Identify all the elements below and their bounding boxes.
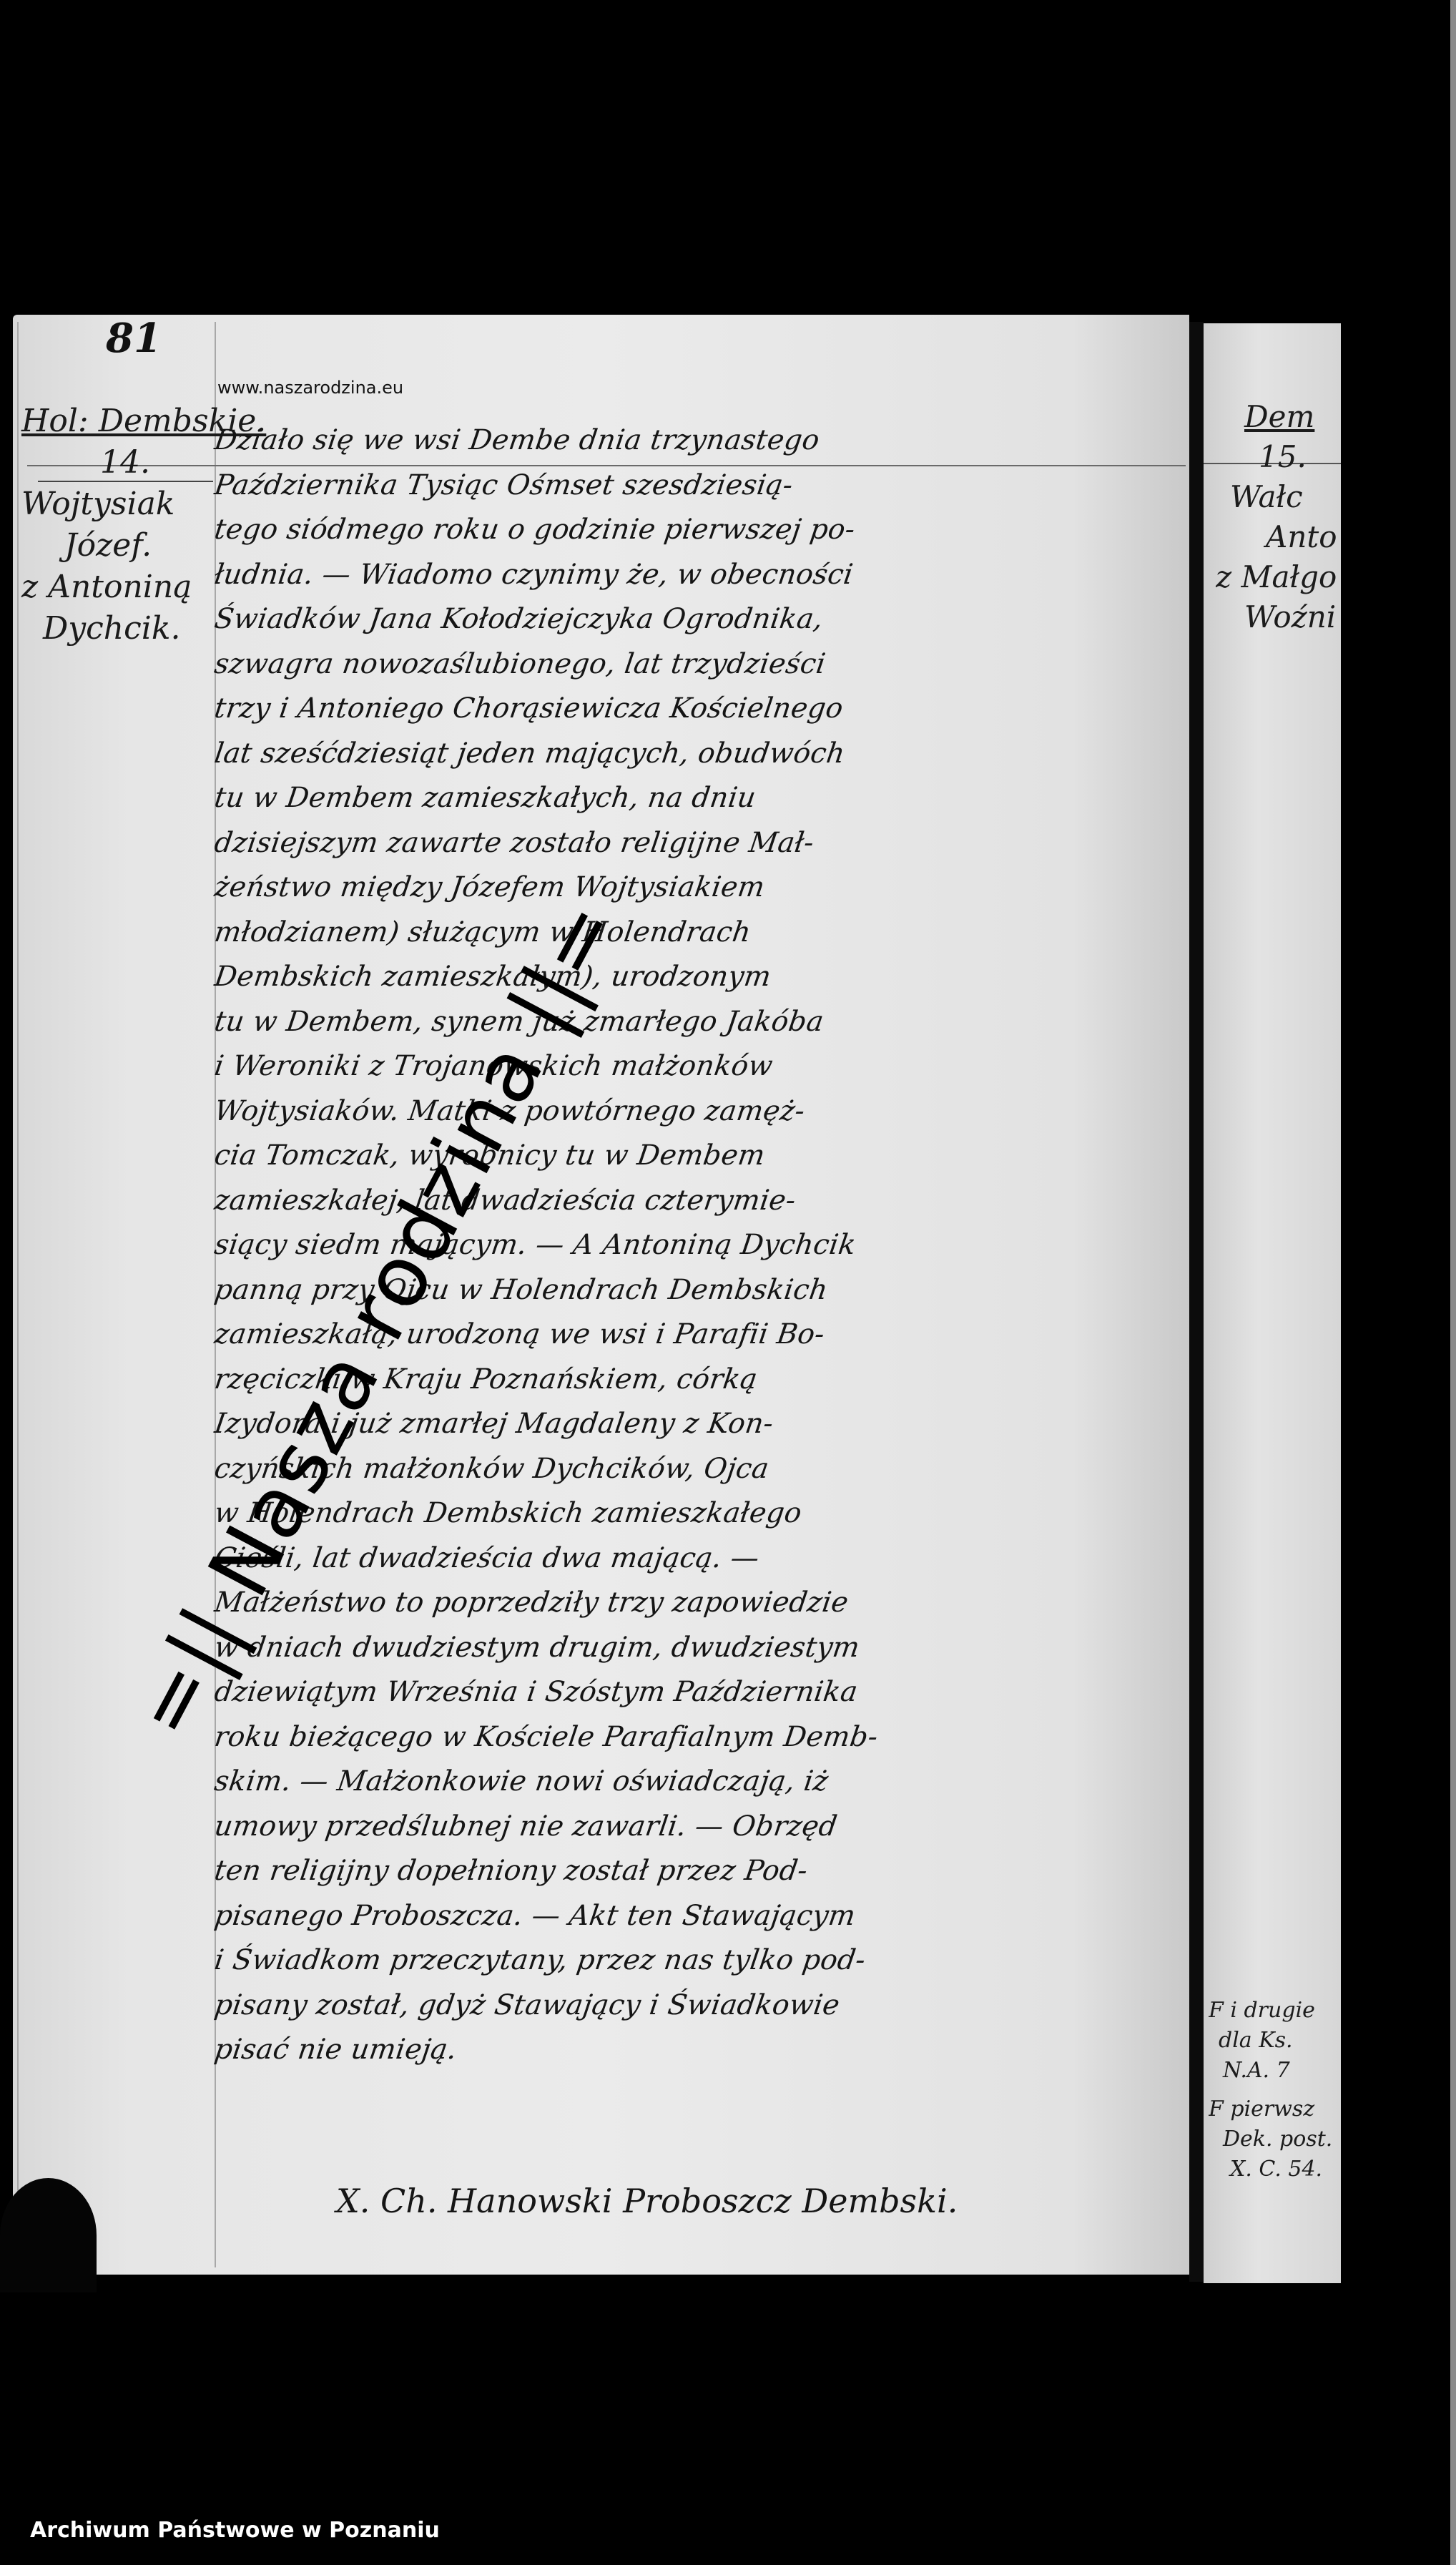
text-line: żeństwo między Józefem Wojtysiakiem <box>212 865 1198 911</box>
page-corner-shadow <box>0 2178 97 2292</box>
text-line: Wojtysiaków. Matki z powtórnego zamęż- <box>212 1089 1198 1134</box>
text-line: pisany został, gdyż Stawający i Świadkow… <box>212 1983 1198 2029</box>
annotation-line: Dek. post. <box>1209 2124 1341 2154</box>
text-line: pisanego Proboszcza. — Akt ten Stawający… <box>212 1894 1198 1939</box>
text-line: lat sześćdziesiąt jeden mających, obudwó… <box>212 732 1198 777</box>
site-url-stamp: www.naszarodzina.eu <box>217 378 403 398</box>
text-line: łudnia. — Wiadomo czynimy że, w obecnośc… <box>212 553 1198 598</box>
margin-line: z Antoniną <box>21 567 236 608</box>
annotation-line: N.A. 7 <box>1209 2056 1341 2086</box>
adjacent-annotations: F i drugie dla Ks. N.A. 7 F pierwsz Dek.… <box>1209 1996 1341 2184</box>
margin-line: Wojtysiak <box>21 484 236 525</box>
text-line: zamieszkałej, lat dwadzieścia czterymie- <box>212 1179 1198 1224</box>
adjacent-entry-number: 15. <box>1216 437 1344 477</box>
text-line: pisać nie umieją. <box>212 2028 1198 2073</box>
text-line: Dembskich zamieszkałym), urodzonym <box>212 955 1198 1000</box>
text-line: dzisiejszym zawarte zostało religijne Ma… <box>212 821 1198 866</box>
text-line: w dniach dwudziestym drugim, dwudziestym <box>212 1626 1198 1671</box>
text-line: cia Tomczak, wyrobnicy tu w Dembem <box>212 1134 1198 1179</box>
text-line: młodzianem) służącym w Holendrach <box>212 911 1198 956</box>
margin-entry-heading: Hol: Dembskie. 14. Wojtysiak Józef. z An… <box>21 401 236 649</box>
text-line: umowy przedślubnej nie zawarli. — Obrzęd <box>212 1805 1198 1850</box>
text-line: i Weroniki z Trojanowskich małżonków <box>212 1044 1198 1089</box>
margin-line: Józef. <box>21 525 236 567</box>
text-line: trzy i Antoniego Chorąsiewicza Kościelne… <box>212 687 1198 732</box>
adjacent-entry-heading: Dem 15. Wałc Anto z Małgo Woźni <box>1216 397 1344 637</box>
text-line: Świadków Jana Kołodziejczyka Ogrodnika, <box>212 597 1198 642</box>
archive-label: Archiwum Państwowe w Poznaniu <box>30 2518 440 2543</box>
adjacent-line: Wałc <box>1216 477 1344 517</box>
text-line: roku bieżącego w Kościele Parafialnym De… <box>212 1715 1198 1760</box>
scan-edge-strip <box>1450 0 1456 2565</box>
text-line: Małżeństwo to poprzedziły trzy zapowiedz… <box>212 1581 1198 1626</box>
text-line: tu w Dembem zamieszkałych, na dniu <box>212 776 1198 821</box>
margin-village: Hol: Dembskie. <box>21 401 236 442</box>
adjacent-line: z Małgo <box>1216 557 1344 597</box>
adjacent-line: Woźni <box>1216 597 1344 637</box>
text-line: ten religijny dopełniony został przez Po… <box>212 1849 1198 1894</box>
folio-number: 81 <box>106 315 162 362</box>
annotation-line: dla Ks. <box>1209 2026 1341 2056</box>
text-line: i Świadkom przeczytany, przez nas tylko … <box>212 1938 1198 1983</box>
page-ruling-left <box>17 322 19 2267</box>
adjacent-line: Anto <box>1216 517 1344 557</box>
annotation-line: F pierwsz <box>1209 2094 1341 2124</box>
text-line: Cieśli, lat dwadzieścia dwa mającą. — <box>212 1536 1198 1581</box>
text-line: szwagra nowozaślubionego, lat trzydzieśc… <box>212 642 1198 687</box>
text-line: tu w Dembem, synem już zmarłego Jakóba <box>212 1000 1198 1045</box>
margin-entry-number: 14. <box>21 442 236 484</box>
annotation-line: F i drugie <box>1209 1996 1341 2026</box>
adjacent-village: Dem <box>1216 397 1344 437</box>
annotation-line: X. C. 54. <box>1209 2154 1341 2184</box>
text-line: Października Tysiąc Ośmset szesdziesią- <box>212 464 1198 509</box>
priest-signature: X. Ch. Hanowski Proboszcz Dembski. <box>336 2182 958 2220</box>
margin-line: Dychcik. <box>21 608 236 649</box>
text-line: w Holendrach Dembskich zamieszkałego <box>212 1491 1198 1536</box>
text-line: dziewiątym Września i Szóstym Październi… <box>212 1670 1198 1715</box>
text-line: skim. — Małżonkowie nowi oświadczają, iż <box>212 1760 1198 1805</box>
text-line: Działo się we wsi Dembe dnia trzynastego <box>212 418 1198 464</box>
text-line: tego siódmego roku o godzinie pierwszej … <box>212 508 1198 553</box>
